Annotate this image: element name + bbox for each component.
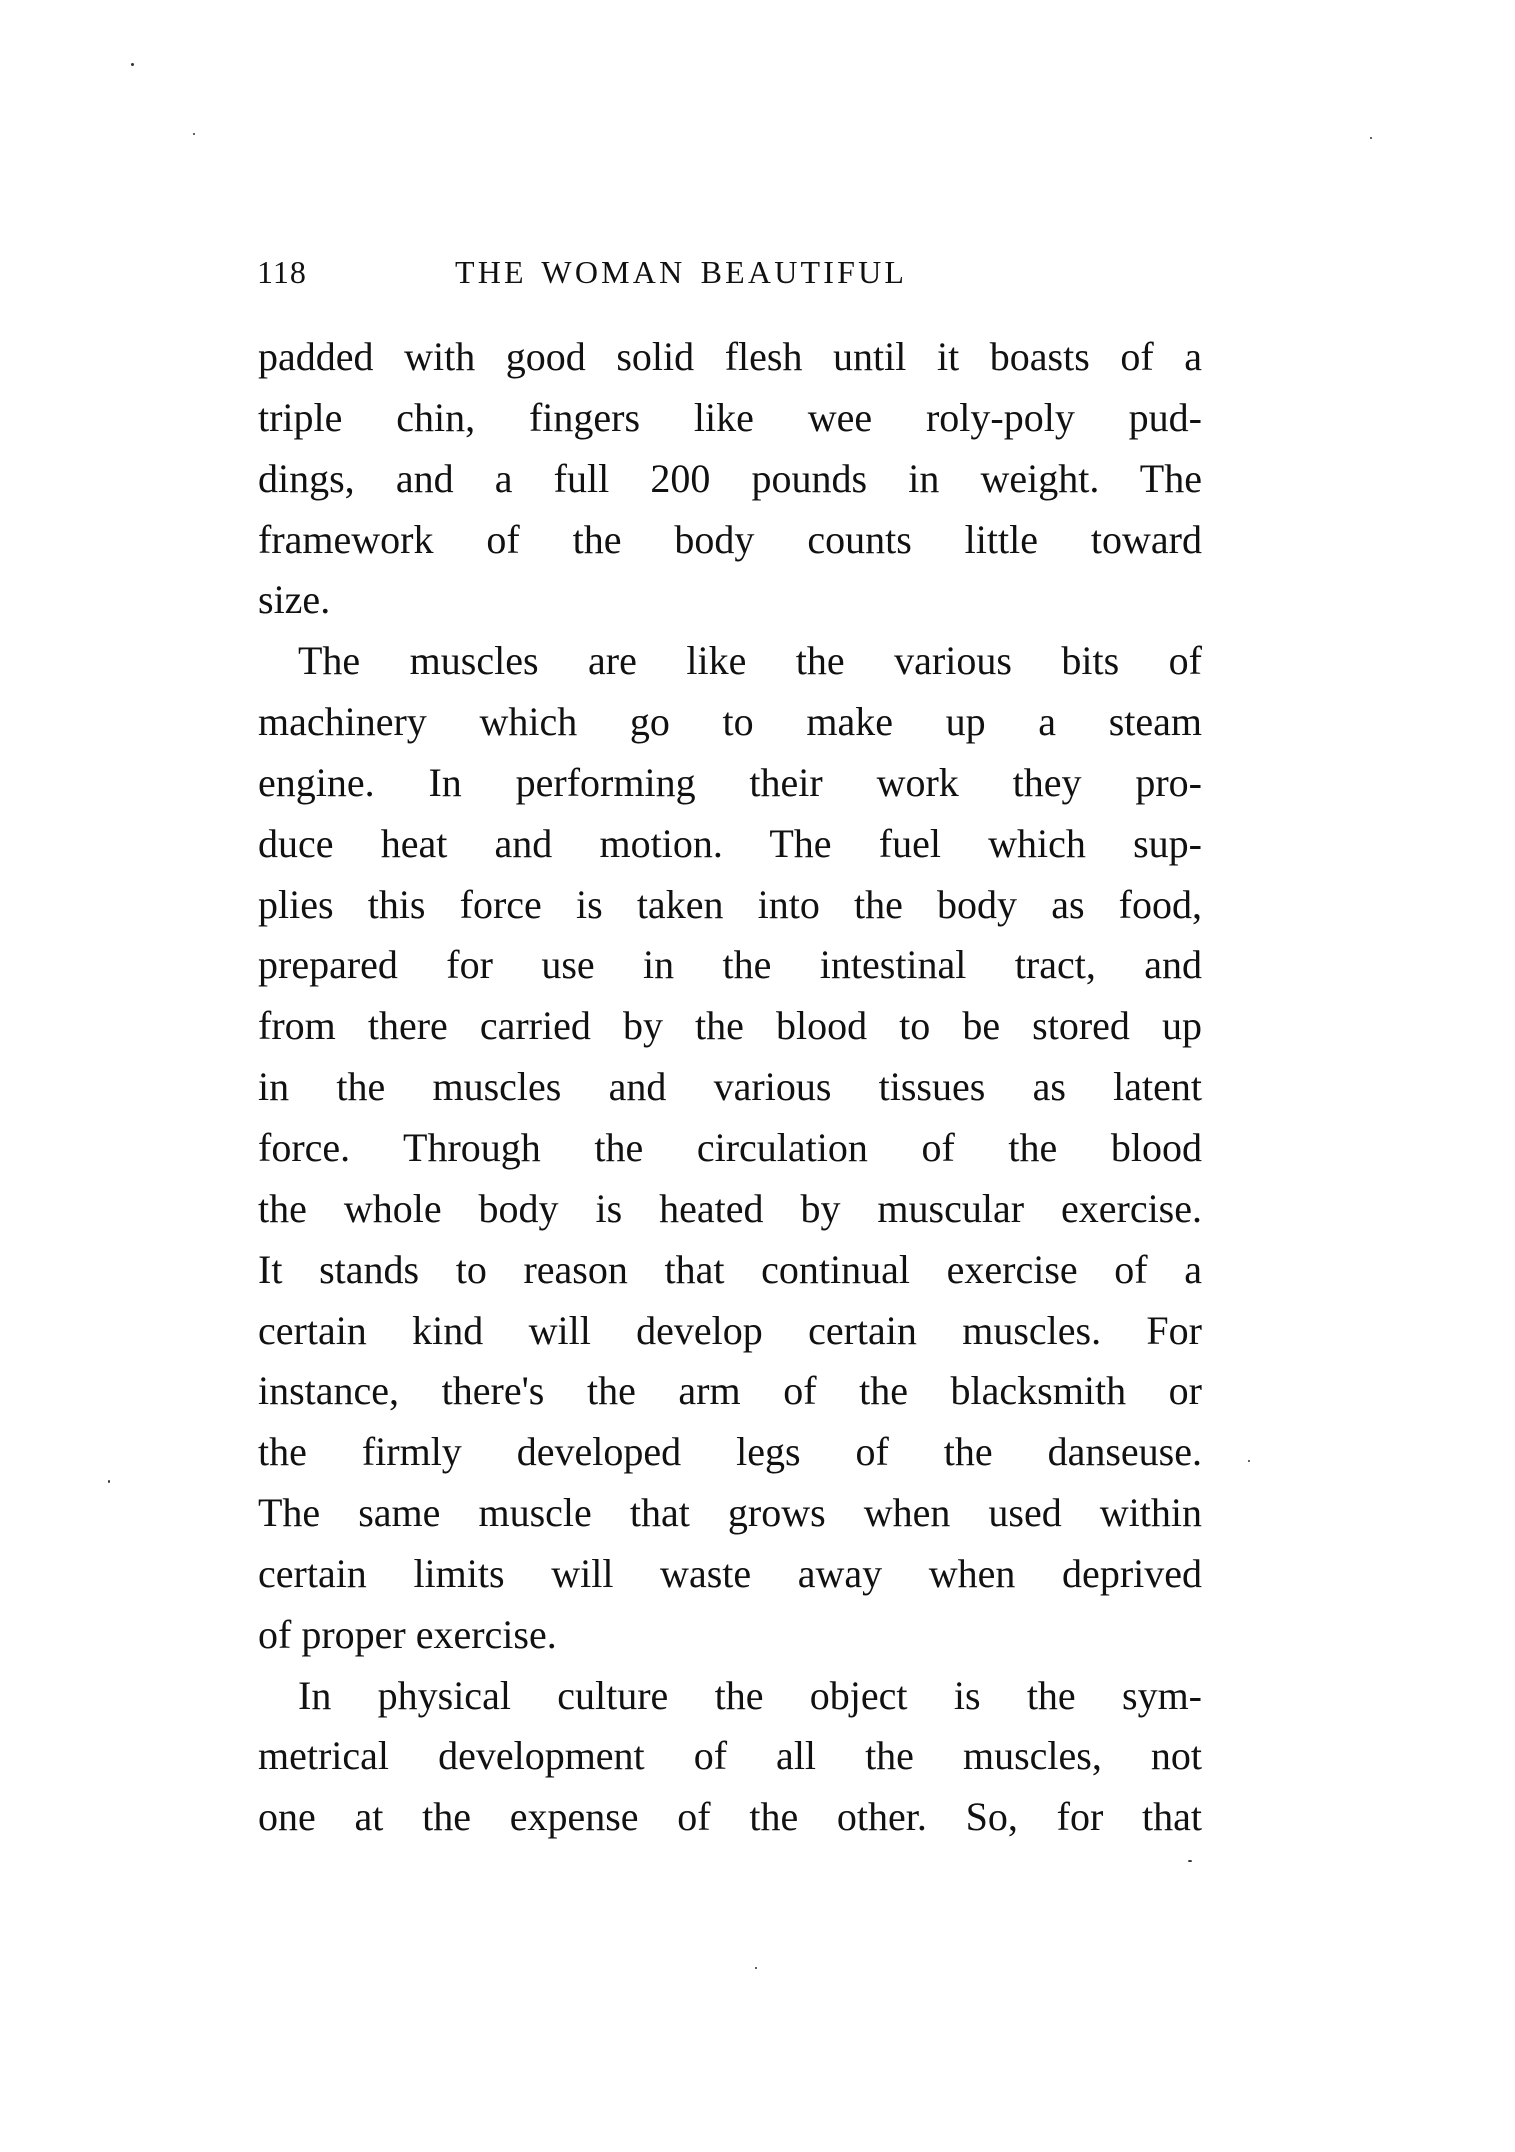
scan-speck xyxy=(1188,1860,1192,1862)
text-line: dings, and a full 200 pounds in weight. … xyxy=(258,449,1202,510)
text-line: the firmly developed legs of the danseus… xyxy=(258,1422,1202,1483)
text-line: of proper exercise. xyxy=(258,1605,1202,1666)
text-line: instance, there's the arm of the blacksm… xyxy=(258,1361,1202,1422)
scan-speck xyxy=(1370,137,1372,139)
body-text: padded with good solid flesh until it bo… xyxy=(258,327,1202,1848)
text-line: duce heat and motion. The fuel which sup… xyxy=(258,814,1202,875)
paragraph-3: In physical culture the object is the sy… xyxy=(258,1666,1202,1849)
scan-speck xyxy=(108,1480,110,1483)
scan-speck xyxy=(193,133,195,135)
text-line: It stands to reason that continual exerc… xyxy=(258,1240,1202,1301)
scan-speck xyxy=(1248,1460,1250,1462)
paragraph-2: The muscles are like the various bits of… xyxy=(258,631,1202,1665)
text-line: from there carried by the blood to be st… xyxy=(258,996,1202,1057)
text-line: The muscles are like the various bits of xyxy=(258,631,1202,692)
text-line: one at the expense of the other. So, for… xyxy=(258,1787,1202,1848)
text-line: In physical culture the object is the sy… xyxy=(258,1666,1202,1727)
text-line: framework of the body counts little towa… xyxy=(258,510,1202,571)
text-line: certain limits will waste away when depr… xyxy=(258,1544,1202,1605)
text-line: in the muscles and various tissues as la… xyxy=(258,1057,1202,1118)
text-line: certain kind will develop certain muscle… xyxy=(258,1301,1202,1362)
text-line: size. xyxy=(258,570,1202,631)
text-line: padded with good solid flesh until it bo… xyxy=(258,327,1202,388)
scan-speck xyxy=(131,63,134,66)
text-line: the whole body is heated by muscular exe… xyxy=(258,1179,1202,1240)
paragraph-1: padded with good solid flesh until it bo… xyxy=(258,327,1202,631)
text-line: engine. In performing their work they pr… xyxy=(258,753,1202,814)
text-line: prepared for use in the intestinal tract… xyxy=(258,935,1202,996)
scan-speck xyxy=(755,1967,757,1969)
text-line: force. Through the circulation of the bl… xyxy=(258,1118,1202,1179)
page-number: 118 xyxy=(257,252,307,292)
text-line: plies this force is taken into the body … xyxy=(258,875,1202,936)
running-head: 118 THE WOMAN BEAUTIFUL xyxy=(257,252,1017,292)
text-line: triple chin, fingers like wee roly-poly … xyxy=(258,388,1202,449)
text-line: metrical development of all the muscles,… xyxy=(258,1726,1202,1787)
text-line: The same muscle that grows when used wit… xyxy=(258,1483,1202,1544)
text-line: machinery which go to make up a steam xyxy=(258,692,1202,753)
running-title: THE WOMAN BEAUTIFUL xyxy=(455,252,907,292)
